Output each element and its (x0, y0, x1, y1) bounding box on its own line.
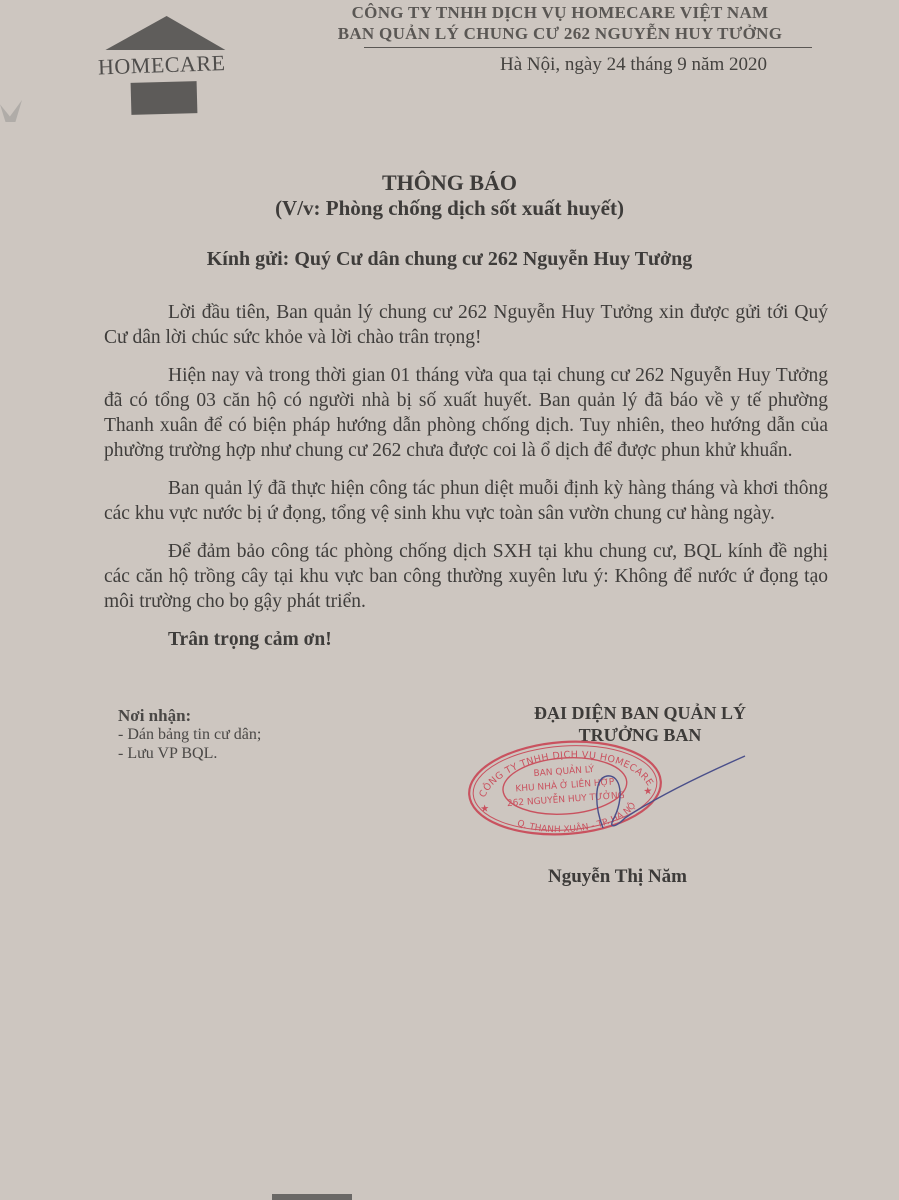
paragraph: Để đảm bảo công tác phòng chống dịch SXH… (104, 539, 828, 614)
logo-brand-text: HOMECARE (98, 50, 239, 81)
notice-body: Lời đầu tiên, Ban quản lý chung cư 262 N… (104, 300, 828, 665)
page-edge-mark (272, 1194, 352, 1200)
paper-smudge (0, 100, 22, 122)
document-date: Hà Nội, ngày 24 tháng 9 năm 2020 (500, 54, 767, 76)
recipients-block: Nơi nhận: - Dán bảng tin cư dân; - Lưu V… (118, 706, 261, 763)
notice-document: HOMECARE CÔNG TY TNHH DỊCH VỤ HOMECARE V… (0, 0, 899, 1200)
company-name: CÔNG TY TNHH DỊCH VỤ HOMECARE VIỆT NAM (300, 2, 820, 23)
signer-name: Nguyễn Thị Năm (548, 866, 687, 888)
svg-text:BAN QUẢN LÝ: BAN QUẢN LÝ (533, 763, 595, 779)
homecare-logo: HOMECARE (98, 14, 238, 104)
svg-text:★: ★ (480, 803, 490, 815)
recipients-label: Nơi nhận: (118, 706, 261, 725)
letterhead: CÔNG TY TNHH DỊCH VỤ HOMECARE VIỆT NAM B… (300, 2, 820, 48)
document-title: THÔNG BÁO (0, 170, 899, 196)
paragraph: Lời đầu tiên, Ban quản lý chung cư 262 N… (104, 300, 828, 350)
recipient-item: - Dán bảng tin cư dân; (118, 725, 261, 744)
header-divider (364, 47, 812, 48)
board-name: BAN QUẢN LÝ CHUNG CƯ 262 NGUYỄN HUY TƯỞN… (300, 23, 820, 44)
svg-text:★: ★ (643, 786, 653, 798)
addressee: Kính gửi: Quý Cư dân chung cư 262 Nguyễn… (0, 248, 899, 271)
paragraph: Ban quản lý đã thực hiện công tác phun d… (104, 476, 828, 526)
document-subject: (V/v: Phòng chống dịch sốt xuất huyết) (0, 196, 899, 221)
paragraph: Hiện nay và trong thời gian 01 tháng vừa… (104, 363, 828, 463)
stamp-seal-icon: CÔNG TY TNHH DỊCH VỤ HOMECARE VIỆT NAM Q… (465, 738, 665, 838)
recipient-item: - Lưu VP BQL. (118, 744, 261, 763)
logo-block-icon (131, 81, 198, 115)
signer-role: ĐẠI DIỆN BAN QUẢN LÝ (500, 702, 780, 724)
closing-line: Trân trọng cảm ơn! (104, 627, 828, 652)
house-roof-icon (105, 16, 226, 50)
official-stamp: CÔNG TY TNHH DỊCH VỤ HOMECARE VIỆT NAM Q… (465, 738, 665, 838)
